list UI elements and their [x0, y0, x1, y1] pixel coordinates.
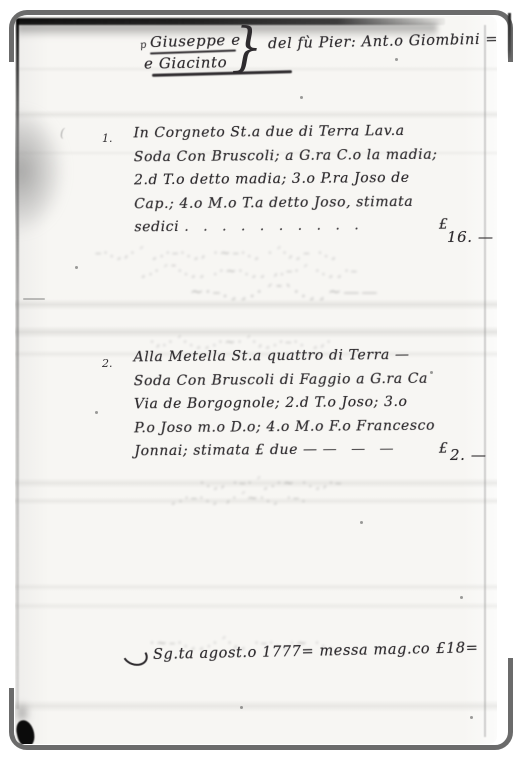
header-name-line-1: Giuseppe e — [150, 31, 241, 51]
bleed-through-mark: –·.¸,·´ ¸.·–·.¸, ·~–·.¸ ·´·,¸– ·.¸ — [95, 246, 339, 261]
ink-speck — [240, 706, 243, 709]
paper-streak-band — [15, 602, 497, 610]
page-edge-shadow-top-right — [508, 13, 511, 59]
manuscript-scan-page: p Giuseppe e e Giacinto } del fù Pier: A… — [0, 0, 524, 760]
bleed-through-mark: ·,.·´·.¸¸.·~·´·,¸.·–·. ¸,· — [150, 335, 333, 350]
ink-speck — [470, 716, 473, 719]
entry-number: 1. — [102, 132, 113, 145]
entry-amount: 16. — — [447, 228, 494, 246]
brace-mark: } — [231, 21, 263, 74]
ink-speck — [75, 266, 78, 269]
dotted-leader: . . . . . . . . . . — [179, 214, 437, 240]
header-lead-mark: p — [139, 40, 147, 52]
handwritten-line: Soda Con Bruscoli; a G.ra C.o la madia; — [134, 143, 448, 169]
handwritten-line: Soda Con Bruscoli di Faggio a G.ra Ca — [134, 367, 448, 393]
ink-speck — [395, 58, 398, 61]
footer-amount: 18= — [446, 640, 479, 657]
handwritten-line: P.o Joso m.o D.o; 4.o M.o F.o Francesco — [134, 414, 448, 440]
entry-amount: 2. — — [450, 446, 486, 464]
ledger-entry: In Corgneto St.a due di Terra Lav.a Soda… — [133, 120, 448, 240]
bleed-through-mark: ·.¸, ·–·´¸.·~ ·.¸,·– — [200, 476, 344, 491]
currency-sign: £ — [430, 641, 446, 657]
handwritten-line: In Corgneto St.a due di Terra Lav.a — [133, 120, 447, 146]
frame-cover-right — [497, 62, 524, 658]
ink-smudge — [15, 111, 63, 231]
ink-speck — [360, 521, 363, 524]
footer-flourish — [120, 642, 151, 669]
amount-words: sedici — [134, 216, 179, 240]
ink-speck — [430, 371, 433, 374]
ink-speck — [300, 96, 303, 99]
handwritten-line: Via de Borgognole; 2.d T.o Joso; 3.o — [134, 391, 448, 417]
entry-number: 2. — [102, 357, 113, 370]
bleed-through-mark: ¸.·´¯·.¸¸ .·~·.¸¸ ,.–·´ ·.¸¸·– — [140, 264, 359, 279]
ink-speck — [460, 596, 463, 599]
header-name-line-2: e Giacinto — [144, 53, 228, 72]
paper-streak-band — [15, 583, 497, 591]
handwritten-line: sedici . . . . . . . . . . £ — [134, 214, 448, 240]
ledger-entry: Alla Metella St.a quattro di Terra — Sod… — [133, 344, 448, 464]
corner-ink-blob — [15, 719, 37, 744]
scanned-paper: p Giuseppe e e Giacinto } del fù Pier: A… — [15, 16, 497, 744]
amount-words: Jonnai; stimata £ due — — [134, 439, 317, 464]
bleed-through-mark: ·~–·.¸¸.·´·,¸ ·–·.¸·~ ·.¸ — [150, 636, 336, 651]
bleed-through-mark: ¸.·–·.¸ ,·´~·.¸ ·–. — [170, 491, 307, 506]
page-right-edge-line — [484, 25, 486, 737]
handwritten-line: Jonnai; stimata £ due — — — — £ — [134, 438, 448, 464]
bleed-through-mark: ~·–.¸¸.·´¯`·.¸¸~—— — [190, 282, 379, 301]
dash-leader: — — — — [318, 438, 437, 463]
bleed-through-mark: ( — [60, 126, 67, 140]
paper-streak-band — [15, 110, 497, 119]
currency-sign: £ — [437, 438, 449, 462]
header-patronymic: del fù Pier: Ant.o Giombini = — [268, 32, 497, 53]
handwritten-line: Cap.; 4.o M.o T.a detto Joso, stimata — [134, 190, 448, 216]
ink-speck — [95, 411, 98, 414]
handwritten-line: 2.d T.o detto madia; 3.o P.ra Joso de — [134, 167, 448, 193]
ink-speck-dash — [23, 298, 45, 300]
paper-streak-band — [15, 700, 497, 712]
